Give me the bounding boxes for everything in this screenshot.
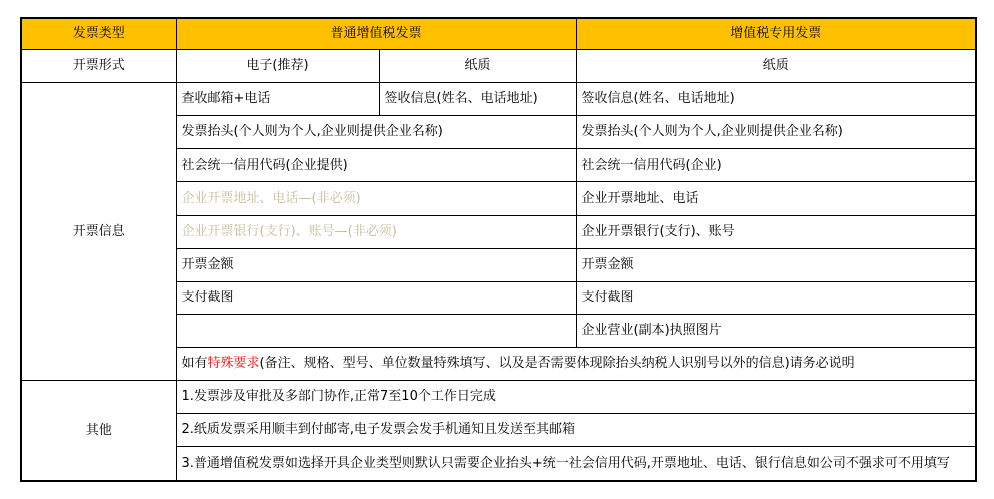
info-section-label: 开票信息 <box>21 83 176 381</box>
info-general-cell: 发票抬头(个人则为个人,企业则提供企业名称) <box>176 116 576 149</box>
special-note-highlight: 特殊要求 <box>208 356 260 371</box>
other-row-1: 其他 1.发票涉及审批及多部门协作,正常7至10个工作日完成 <box>21 381 976 414</box>
info-general-cell-optional: 企业开票地址、电话—(非必须) <box>176 182 576 215</box>
receive-electronic-cell: 查收邮箱+电话 <box>176 83 379 116</box>
form-row: 开票形式 电子(推荐) 纸质 纸质 <box>21 50 976 83</box>
info-receive-row: 开票信息 查收邮箱+电话 签收信息(姓名、电话地址) 签收信息(姓名、电话地址) <box>21 83 976 116</box>
other-note-cell: 2.纸质发票采用顺丰到付邮寄,电子发票会发手机通知且发送至其邮箱 <box>176 414 976 447</box>
info-special-cell: 社会统一信用代码(企业) <box>576 149 976 182</box>
info-special-cell: 发票抬头(个人则为个人,企业则提供企业名称) <box>576 116 976 149</box>
other-section-label: 其他 <box>21 381 176 481</box>
info-special-cell: 企业营业(副本)执照图片 <box>576 314 976 347</box>
header-general-vat: 普通增值税发票 <box>176 18 576 50</box>
receive-special-cell: 签收信息(姓名、电话地址) <box>576 83 976 116</box>
invoice-requirements-table: 发票类型 普通增值税发票 增值税专用发票 开票形式 电子(推荐) 纸质 纸质 开… <box>20 17 977 482</box>
form-electronic-cell: 电子(推荐) <box>176 50 379 83</box>
form-special-paper-cell: 纸质 <box>576 50 976 83</box>
header-special-vat: 增值税专用发票 <box>576 18 976 50</box>
other-note-cell: 3.普通增值税发票如选择开具企业类型则默认只需要企业抬头+统一社会信用代码,开票… <box>176 447 976 481</box>
info-general-cell-empty <box>176 314 576 347</box>
special-note-suffix: (备注、规格、型号、单位数量特殊填写、以及是否需要体现除抬头纳税人识别号以外的信… <box>260 356 855 371</box>
table-header-row: 发票类型 普通增值税发票 增值税专用发票 <box>21 18 976 50</box>
info-general-cell: 社会统一信用代码(企业提供) <box>176 149 576 182</box>
info-general-cell-optional: 企业开票银行(支行)、账号—(非必须) <box>176 215 576 248</box>
info-special-cell: 开票金额 <box>576 248 976 281</box>
other-note-cell: 1.发票涉及审批及多部门协作,正常7至10个工作日完成 <box>176 381 976 414</box>
special-note-prefix: 如有 <box>182 356 208 371</box>
receive-paper-cell: 签收信息(姓名、电话地址) <box>379 83 576 116</box>
invoice-table: 发票类型 普通增值税发票 增值税专用发票 开票形式 电子(推荐) 纸质 纸质 开… <box>20 17 977 482</box>
special-note-cell: 如有特殊要求(备注、规格、型号、单位数量特殊填写、以及是否需要体现除抬头纳税人识… <box>176 347 976 380</box>
info-special-cell: 企业开票银行(支行)、账号 <box>576 215 976 248</box>
form-paper-cell: 纸质 <box>379 50 576 83</box>
info-special-cell: 企业开票地址、电话 <box>576 182 976 215</box>
header-invoice-type: 发票类型 <box>21 18 176 50</box>
info-special-cell: 支付截图 <box>576 281 976 314</box>
info-general-cell: 开票金额 <box>176 248 576 281</box>
info-general-cell: 支付截图 <box>176 281 576 314</box>
form-row-label: 开票形式 <box>21 50 176 83</box>
